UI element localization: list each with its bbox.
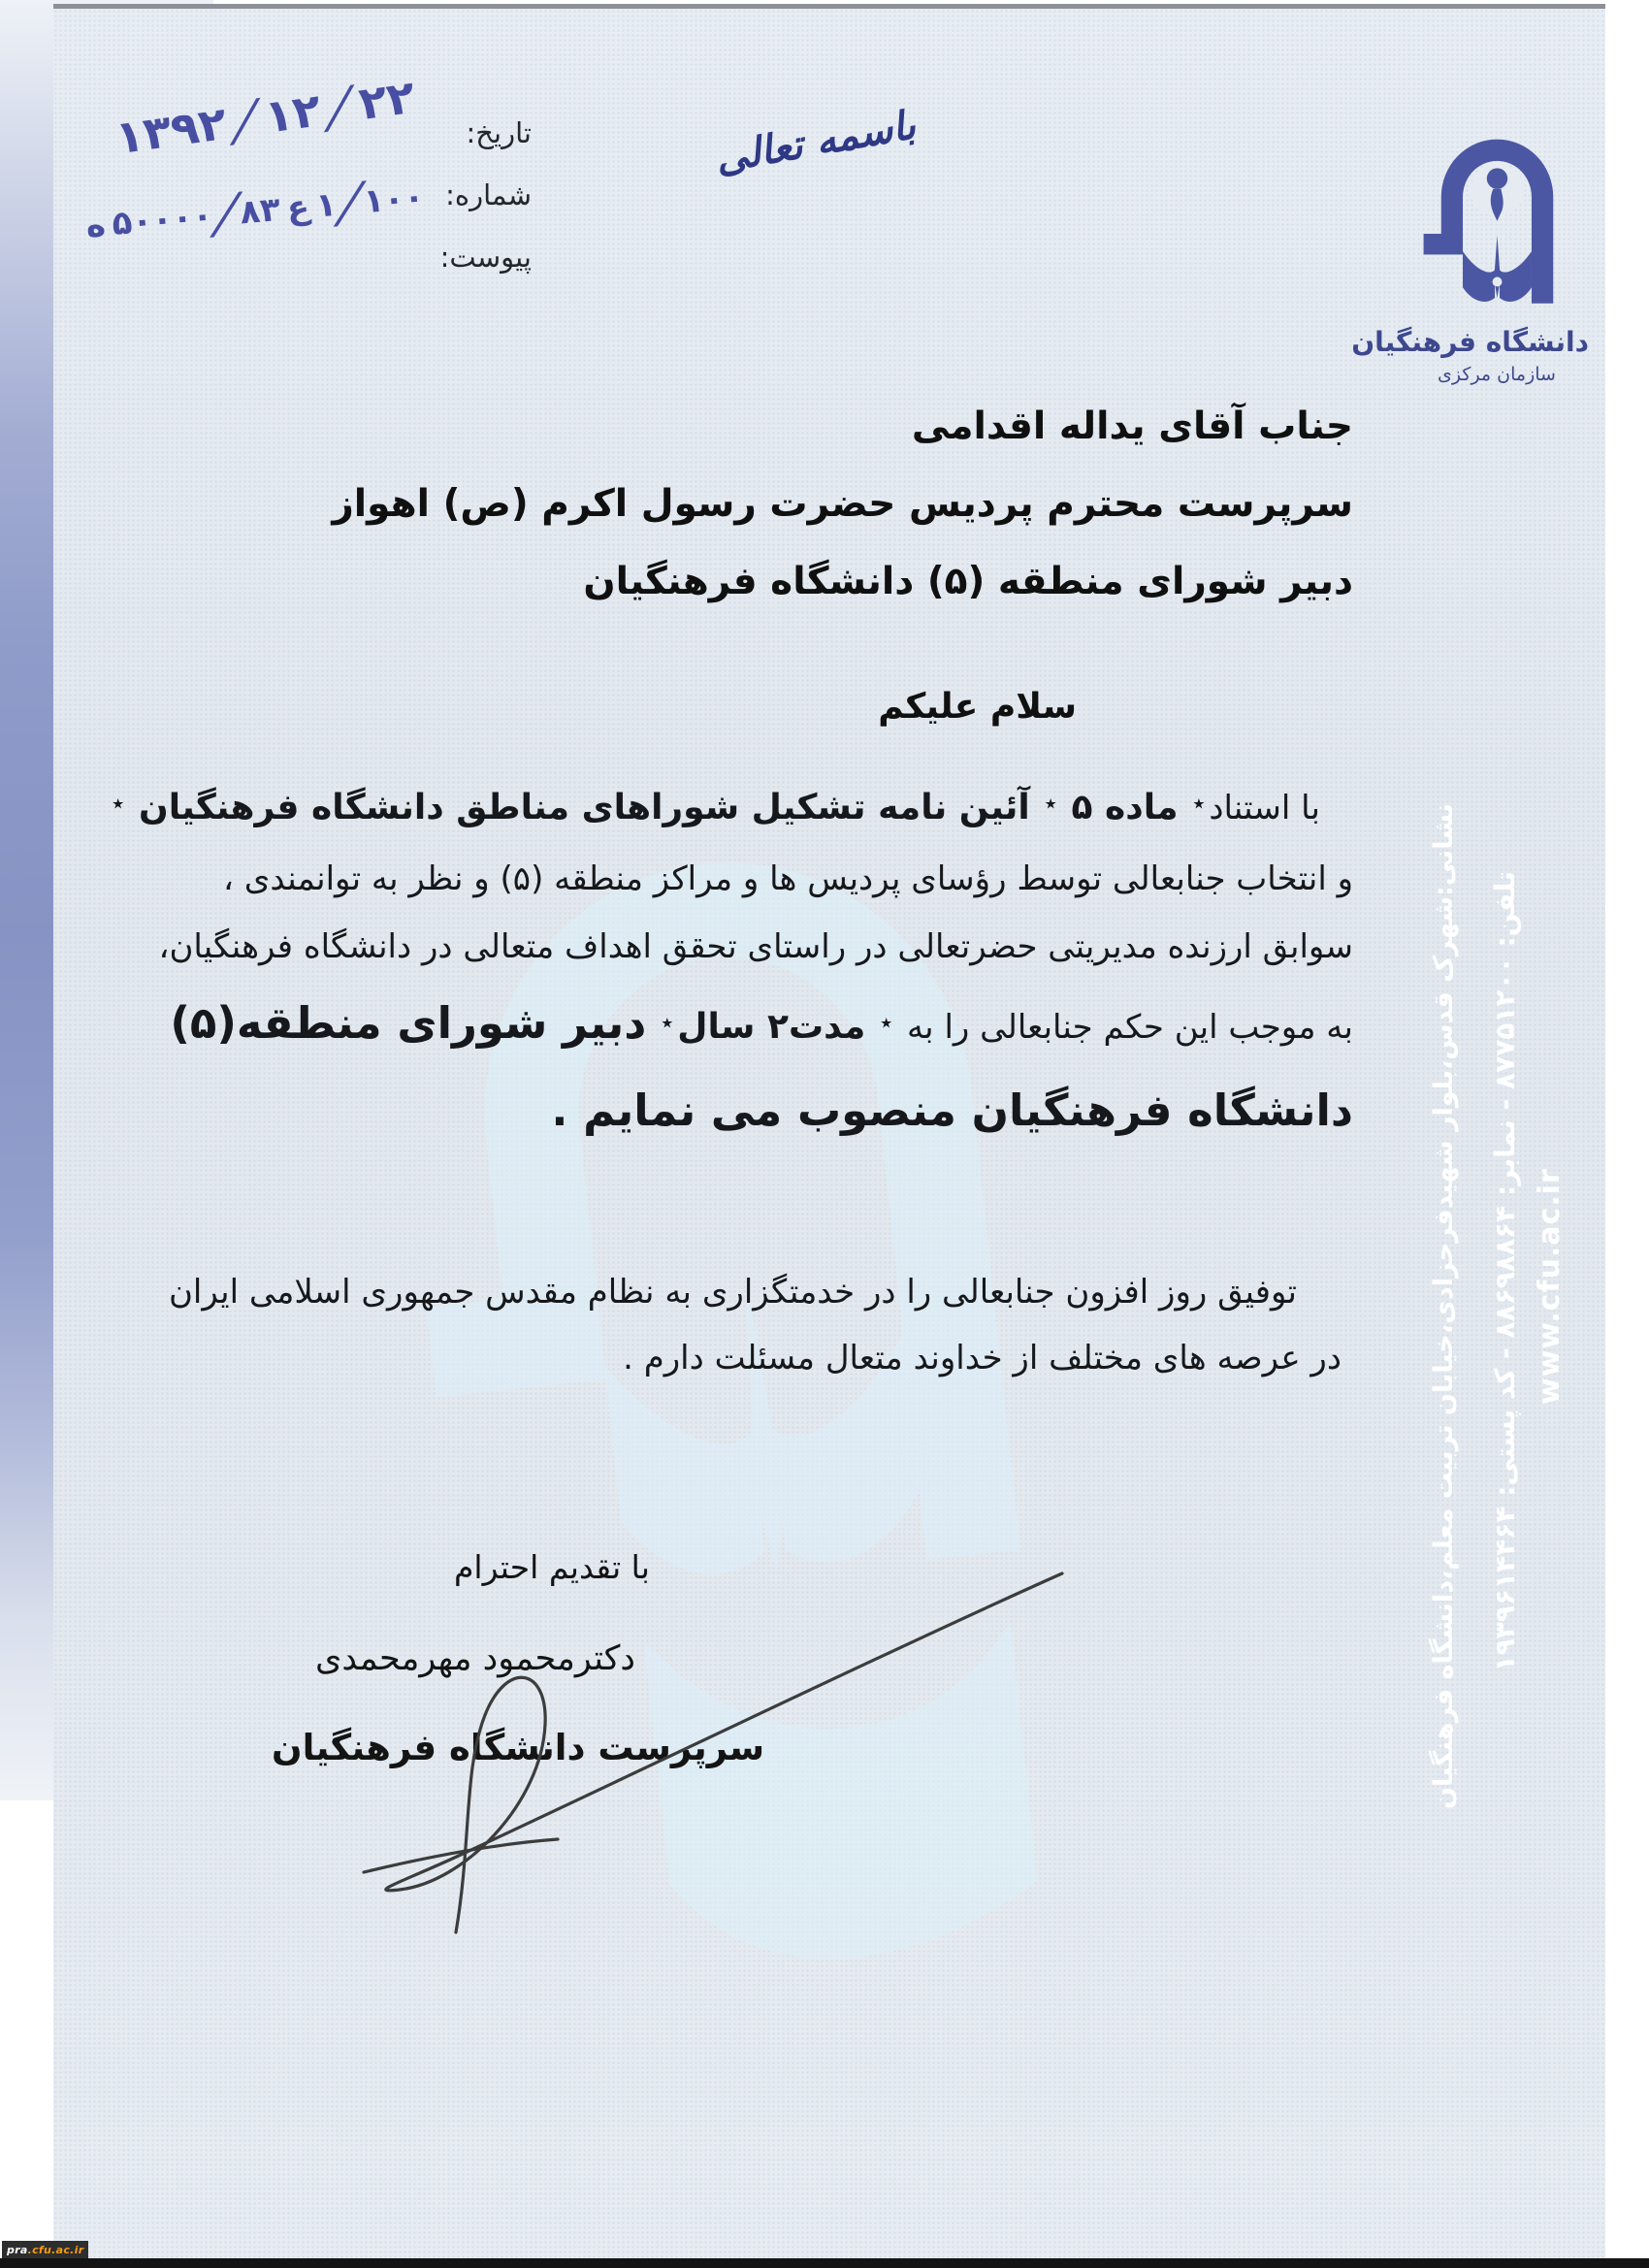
sidebar-website: www.cfu.ac.ir [1533, 1177, 1569, 1405]
salutation: سلام علیکم [878, 687, 1077, 727]
sidebar-contact: تلفن: ۸۷۷۵۱۲۰۰ - نمابر: ۸۸۶۹۸۸۶۴ - کد پس… [1489, 871, 1524, 1637]
date-separator: / [320, 75, 360, 141]
star-mark: ٭ [1041, 790, 1061, 817]
body-text-bold: آئین نامه تشکیل شوراهای مناطق دانشگاه فر… [139, 788, 1030, 827]
body-line-2: و انتخاب جنابعالی توسط رؤسای پردیس ها و … [223, 859, 1353, 898]
date-month: ۱۲ [262, 83, 324, 144]
university-logo-block: دانشگاه فرهنگیان سازمان مرکزی [1405, 114, 1589, 385]
university-name: دانشگاه فرهنگیان [1405, 326, 1589, 358]
attachment-field-label: پیوست: [440, 241, 532, 274]
body-line-3: سوابق ارزنده مدیریتی حضرتعالی در راستای … [158, 927, 1353, 966]
number-part: ۵۰۰۰۰ [111, 196, 214, 243]
date-day: ۲۲ [356, 71, 418, 131]
badge-suffix: .cfu.ac.ir [28, 2244, 84, 2256]
scan-bottom-edge [0, 2258, 1649, 2268]
star-mark: ٭ [108, 790, 128, 817]
date-separator: / [226, 87, 266, 153]
university-logo-icon [1417, 114, 1577, 316]
number-part: ۱ [314, 185, 338, 226]
recipient-block: جناب آقای یداله اقدامی سرپرست محترم پردی… [332, 388, 1353, 621]
number-part: ه [84, 206, 107, 246]
appointment-duration: مدت۲ سال [677, 1007, 865, 1047]
star-mark: ٭ [1188, 790, 1209, 817]
body-text: با استناد [1209, 789, 1320, 827]
body-line-4: به موجب این حکم جنابعالی را به ٭ مدت۲ سا… [170, 997, 1353, 1049]
recipient-role-line: دبیر شورای منطقه (۵) دانشگاه فرهنگیان [332, 543, 1353, 621]
site-watermark-badge: pra.cfu.ac.ir [2, 2241, 88, 2258]
number-part: ع [285, 187, 311, 228]
appointment-role: دبیر شورای منطقه(۵) [170, 997, 646, 1049]
closing-line-2: در عرصه های مختلف از خداوند متعال مسئلت … [623, 1339, 1353, 1377]
recipient-name-line: جناب آقای یداله اقدامی [332, 388, 1353, 466]
number-field-label: شماره: [445, 178, 532, 211]
body-line-1: با استناد٭ ماده ۵ ٭ آئین نامه تشکیل شورا… [108, 788, 1353, 827]
number-part: ۱۰۰ [362, 178, 426, 221]
scanned-letter-page: تاریخ: شماره: پیوست: ۱۳۹۲ / ۱۲ / ۲۲ ه ۵۰… [0, 0, 1649, 2268]
body-line-5: دانشگاه فرهنگیان منصوب می نمایم . [551, 1085, 1353, 1136]
recipient-title-line: سرپرست محترم پردیس حضرت رسول اکرم (ص) اه… [332, 466, 1353, 543]
closing-line-1: توفیق روز افزون جنابعالی را در خدمتگزاری… [169, 1273, 1353, 1312]
body-text: به موجب این حکم جنابعالی را به [907, 1008, 1353, 1047]
signature-stroke-icon [310, 1552, 1086, 1940]
central-organization-label: سازمان مرکزی [1405, 364, 1589, 385]
body-text-bold: ماده ۵ [1071, 788, 1178, 827]
number-part: ۸۳ [239, 190, 282, 232]
star-mark: ٭ [657, 1009, 677, 1036]
date-field-label: تاریخ: [467, 116, 532, 149]
badge-prefix: pra [7, 2244, 28, 2256]
star-mark: ٭ [876, 1009, 896, 1036]
sidebar-address: نشانی:شهرک قدس،بلوار شهیدفرحزادی،خیابان … [1429, 803, 1464, 1736]
